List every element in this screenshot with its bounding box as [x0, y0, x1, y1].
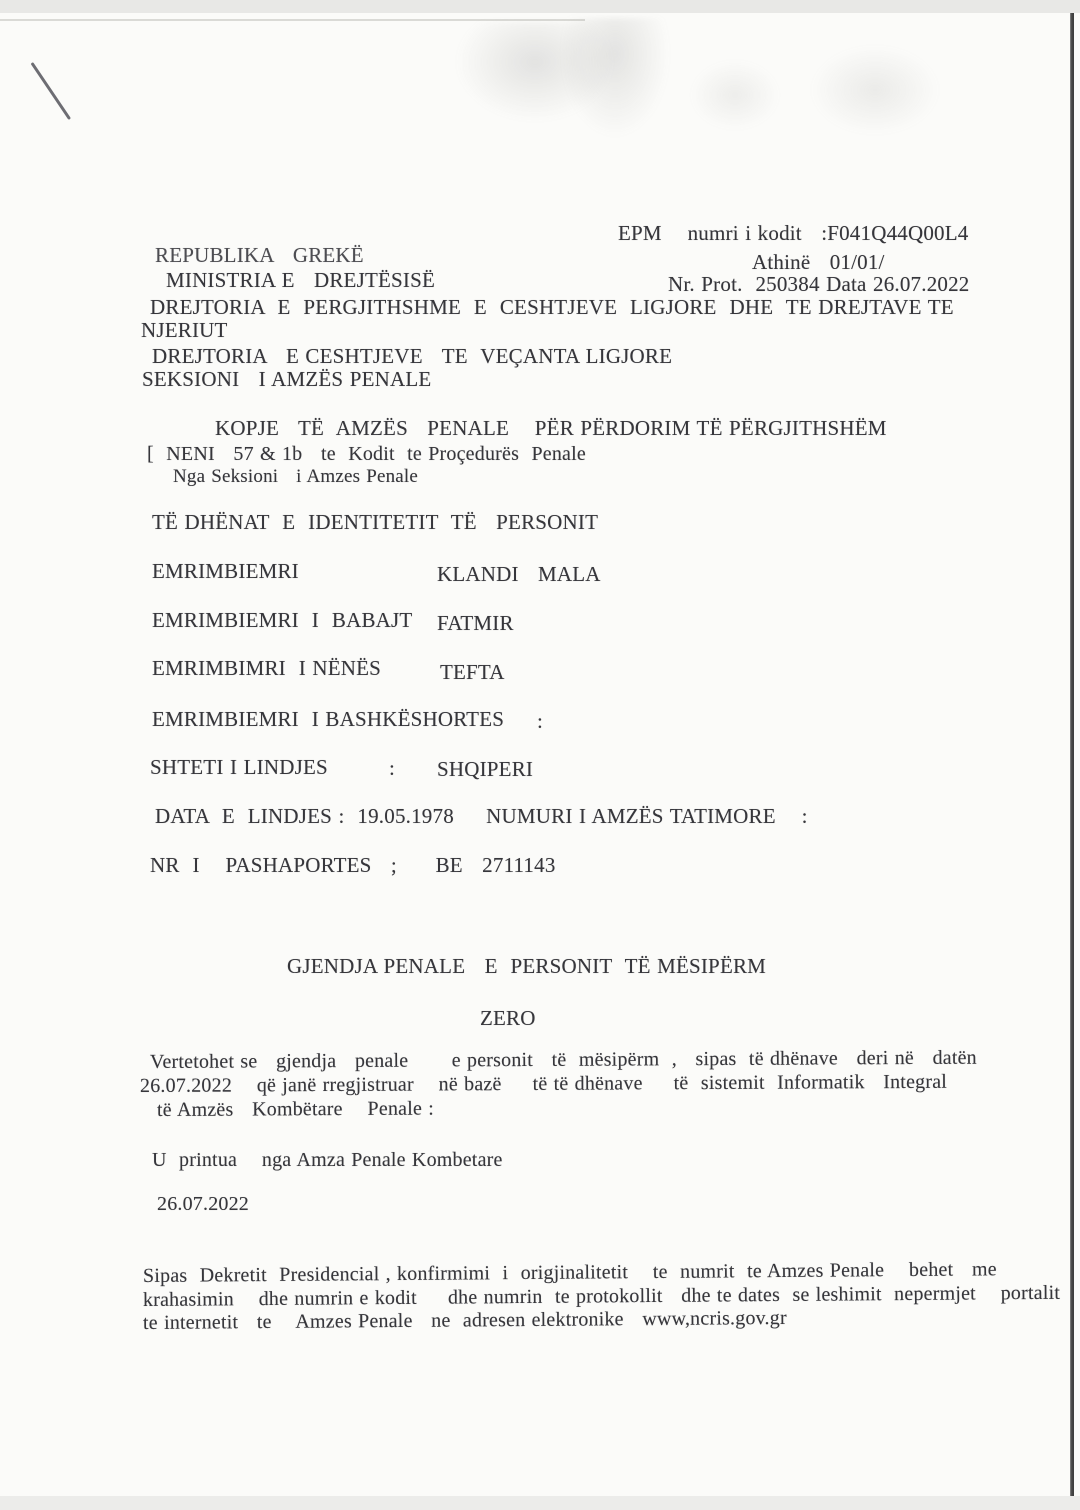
agency-ministry-line: MINISTRIA E DREJTËSISË: [166, 268, 435, 292]
agency-republic-line: REPUBLIKA GREKË: [155, 243, 364, 267]
identity-father-value: FATMIR: [437, 611, 514, 635]
identity-father-label: EMRIMBIEMRI I BABAJT: [152, 608, 412, 632]
certification-line-3: të Amzës Kombëtare Penale :: [157, 1098, 434, 1122]
identity-birthdate-line: DATA E LINDJES : 19.05.1978 NUMURI I AMZ…: [155, 804, 808, 828]
scan-smudge: [455, 22, 615, 122]
identity-birthcountry-separator: :: [389, 756, 395, 780]
identity-passport-line: NR I PASHAPORTES ; BE 2711143: [150, 853, 556, 877]
scan-bottom-edge-band: [0, 1496, 1080, 1510]
print-date-line: 26.07.2022: [157, 1193, 249, 1216]
scan-top-edge-band: [0, 0, 1080, 13]
city-date-line: Athinë 01/01/: [752, 250, 885, 274]
identity-mother-value: TEFTA: [440, 660, 505, 684]
agency-directorate-general-line: DREJTORIA E PERGJITHSHME E CESHTJEVE LIG…: [150, 295, 954, 319]
document-title: KOPJE TË AMZËS PENALE PËR PËRDORIM TË PË…: [215, 416, 887, 440]
legal-basis-line: [ NENI 57 & 1b te Kodit te Proçedurës Pe…: [147, 443, 586, 466]
criminal-status-heading: GJENDJA PENALE E PERSONIT TË MËSIPËRM: [287, 954, 766, 978]
identity-spouse-separator: :: [537, 709, 543, 733]
scan-right-edge-line: [1070, 13, 1074, 1496]
criminal-status-result: ZERO: [480, 1006, 536, 1030]
agency-directorate-general-wrap: NJERIUT: [141, 318, 228, 342]
scanned-document-page: EPM numri i kodit :F041Q44Q00L4 Athinë 0…: [0, 0, 1080, 1510]
scan-smudge: [690, 60, 780, 130]
identity-birthcountry-value: SHQIPERI: [437, 757, 533, 781]
identity-spouse-label: EMRIMBIEMRI I BASHKËSHORTES: [152, 707, 504, 731]
agency-special-directorate-line: DREJTORIA E CESHTJEVE TE VEÇANTA LIGJORE: [152, 344, 672, 368]
epm-code-line: EPM numri i kodit :F041Q44Q00L4: [618, 221, 968, 245]
certification-line-1: Vertetohet se gjendja penale e personit …: [150, 1047, 977, 1074]
print-source-line: U printua nga Amza Penale Kombetare: [152, 1149, 503, 1172]
certification-line-2: 26.07.2022 që janë rregjistruar në bazë …: [140, 1071, 947, 1098]
agency-section-line: SEKSIONI I AMZËS PENALE: [142, 367, 431, 391]
identity-mother-label: EMRIMBIMRI I NËNËS: [152, 656, 381, 680]
scan-smudge: [810, 45, 940, 135]
identity-birthcountry-label: SHTETI I LINDJES: [150, 755, 328, 779]
identity-section-heading: TË DHËNAT E IDENTITETIT TË PERSONIT: [152, 510, 598, 534]
pen-stroke-mark: [31, 62, 72, 120]
identity-name-label: EMRIMBIEMRI: [152, 559, 299, 583]
title-source-line: Nga Seksioni i Amzes Penale: [173, 466, 418, 488]
scan-top-edge-line: [0, 19, 585, 21]
protocol-number-line: Nr. Prot. 250384 Data 26.07.2022: [668, 272, 970, 296]
identity-name-value: KLANDI MALA: [437, 562, 601, 586]
scan-smudge: [560, 18, 670, 138]
footer-verification-line-3: te internetit te Amzes Penale ne adresen…: [143, 1307, 787, 1335]
